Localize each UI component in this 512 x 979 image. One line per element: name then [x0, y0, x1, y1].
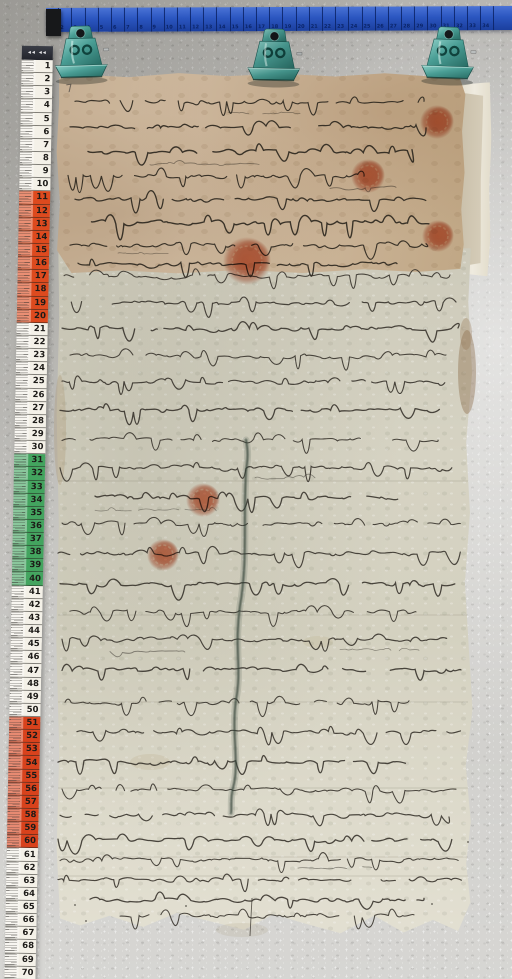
clip-pin: [104, 48, 109, 51]
ruler-cm-cell: 29: [15, 428, 46, 442]
tape-cm-cell: 13: [204, 7, 217, 31]
lower-sheet: [55, 246, 475, 948]
ruler-cm-cell: 31: [14, 454, 45, 468]
ruler-cm-cell: 47: [10, 664, 41, 678]
ruler-cm-cell: 37: [13, 533, 44, 547]
ruler-cm-cell: 39: [12, 559, 43, 573]
ruler-cm-cell: 60: [7, 835, 38, 849]
ruler-cm-cell: 64: [6, 887, 37, 901]
ruler-cm-cell: 2: [21, 73, 52, 87]
ruler-cm-cell: 65: [6, 901, 37, 915]
ruler-cm-cell: 17: [18, 270, 49, 284]
tape-cm-cell: 9: [151, 8, 164, 32]
ruler-cm-cell: 45: [11, 638, 42, 652]
ruler-cm-cell: 22: [16, 336, 47, 350]
tape-cm-cell: 24: [349, 7, 362, 31]
tape-cm-cell: 28: [402, 6, 415, 30]
binder-clip-icon: [418, 24, 478, 88]
tape-cm-cell: 7: [125, 8, 138, 32]
ruler-cm-cell: 9: [20, 165, 51, 179]
binder-clip: [244, 26, 303, 89]
ruler-cm-cell: 59: [7, 822, 38, 836]
tape-cm-cell: 15: [231, 7, 244, 31]
ruler-cm-cell: 6: [20, 125, 51, 139]
ruler-cm-cell: 41: [12, 585, 43, 599]
ruler-header: ◂◂ ◂◂: [22, 46, 53, 61]
ruler-cm-cell: 11: [19, 191, 50, 205]
ruler-cm-cell: 49: [10, 690, 41, 704]
ruler-cm-cell: 55: [8, 769, 39, 783]
ruler-cm-cell: 36: [13, 520, 44, 534]
ruler-cm-cell: 44: [11, 625, 42, 639]
ruler-cm-cell: 25: [16, 375, 47, 389]
ruler-cm-cell: 32: [14, 467, 45, 481]
ruler-cm-cell: 52: [9, 730, 40, 744]
ruler-cm-cell: 1: [21, 60, 52, 74]
ruler-cm-cell: 5: [21, 112, 52, 126]
ruler-cm-cell: 33: [14, 480, 45, 494]
ruler-cm-cell: 66: [5, 914, 36, 928]
ruler-cm-cell: 61: [7, 848, 38, 862]
ruler-cm-cell: 38: [12, 546, 43, 560]
binder-clip: [51, 23, 111, 86]
binder-clip: [418, 24, 478, 88]
ruler-cm-cell: 18: [17, 283, 48, 297]
ruler-cm-cell: 4: [21, 99, 52, 113]
ruler-cm-cell: 13: [19, 217, 50, 231]
photo-stage: 1234567891011121314151617181920212223242…: [0, 0, 512, 979]
tape-cm-cell: 6: [112, 8, 125, 32]
ruler-cm-cell: 16: [18, 257, 49, 271]
ruler-cm-cell: 34: [13, 493, 44, 507]
ruler-cm-cell: 57: [8, 795, 39, 809]
ruler-cm-cell: 21: [17, 322, 48, 336]
ruler-cm-cell: 46: [10, 651, 41, 665]
ruler-cm-cell: 53: [9, 743, 40, 757]
tape-cm-cell: 21: [310, 7, 323, 31]
tape-cm-cell: 12: [191, 7, 204, 31]
ruler-cm-cell: 68: [5, 940, 36, 954]
ruler-cm-cell: 12: [19, 204, 50, 218]
ruler-cm-cell: 67: [5, 927, 36, 941]
ruler-cm-cell: 50: [9, 703, 40, 717]
tape-cm-cell: 11: [178, 7, 191, 31]
ruler-cm-cell: 42: [11, 598, 42, 612]
ruler-cm-cell: 26: [15, 388, 46, 402]
ruler-cm-cell: 8: [20, 152, 51, 166]
ruler-cm-cell: 15: [18, 244, 49, 258]
ruler-cm-cell: 54: [8, 756, 39, 770]
tape-cm-cell: 23: [336, 7, 349, 31]
ruler-cm-cell: 70: [4, 966, 35, 979]
ruler-cm-cell: 10: [19, 178, 50, 192]
ruler-cm-cell: 7: [20, 139, 51, 153]
binder-clip-icon: [244, 26, 303, 89]
tape-cm-cell: 8: [138, 8, 151, 32]
clip-body: [60, 38, 102, 66]
ruler-cm-cell: 20: [17, 309, 48, 323]
ruler-cm-cell: 19: [17, 296, 48, 310]
ruler-cm-cell: 14: [18, 231, 49, 245]
ruler-cm-cell: 43: [11, 612, 42, 626]
ruler-cm-cell: 24: [16, 362, 47, 376]
tape-cm-cell: 34: [481, 6, 494, 30]
ruler-cm-cell: 40: [12, 572, 43, 586]
tape-cm-cell: 26: [376, 7, 389, 31]
ruler-cm-cell: 62: [6, 861, 37, 875]
ruler-cm-cell: 35: [13, 506, 44, 520]
binder-clip-icon: [51, 23, 111, 86]
ruler-cm-cell: 3: [21, 86, 52, 100]
tape-cm-cell: 27: [389, 6, 402, 30]
ruler-cm-cell: 56: [8, 782, 39, 796]
ruler-cm-cell: 30: [14, 441, 45, 455]
ruler-cm-cell: 48: [10, 677, 41, 691]
ruler-cm-cell: 28: [15, 414, 46, 428]
upper-sheet: [55, 70, 467, 275]
tape-cm-cell: 14: [217, 7, 230, 31]
tape-cm-cell: 25: [362, 7, 375, 31]
ruler-cm-cell: 58: [7, 809, 38, 823]
tape-cm-cell: 10: [165, 7, 178, 31]
ruler-cm-cell: 27: [15, 401, 46, 415]
ruler-cm-cell: 51: [9, 717, 40, 731]
tape-cm-cell: 22: [323, 7, 336, 31]
ruler-cm-cell: 69: [5, 953, 36, 967]
ruler-cm-cell: 63: [6, 874, 37, 888]
ruler-cm-cell: 23: [16, 349, 47, 363]
